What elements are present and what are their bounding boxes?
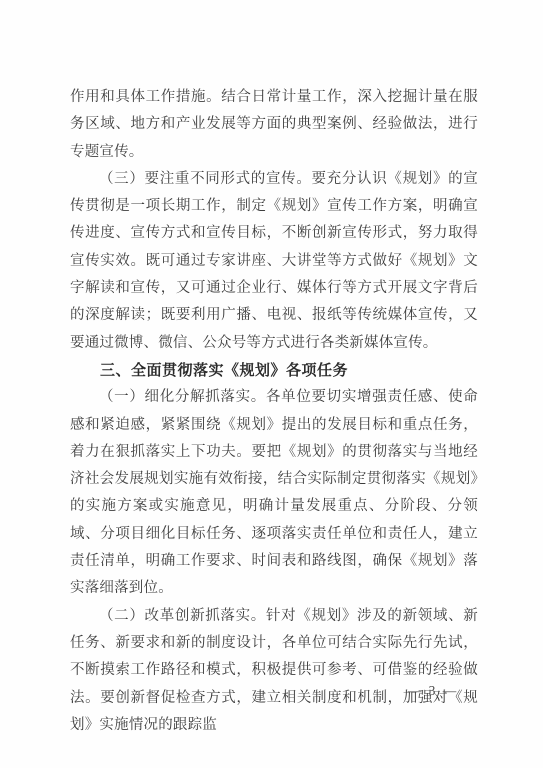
document-body: 作用和具体工作措施。结合日常计量工作，深入挖掘计量在服务区域、地方和产业发展等方… (70, 84, 478, 739)
document-page: 作用和具体工作措施。结合日常计量工作，深入挖掘计量在服务区域、地方和产业发展等方… (0, 0, 543, 768)
paragraph-continuation: 作用和具体工作措施。结合日常计量工作，深入挖掘计量在服务区域、地方和产业发展等方… (70, 84, 478, 166)
paragraph-item-two: （二）改革创新抓落实。针对《规划》涉及的新领域、新任务、新要求和新的制度设计，各… (70, 603, 478, 739)
paragraph-item-three: （三）要注重不同形式的宣传。要充分认识《规划》的宣传贯彻是一项长期工作，制定《规… (70, 166, 478, 357)
page-number: — 3 — (398, 683, 468, 699)
section-heading: 三、全面贯彻落实《规划》各项任务 (70, 357, 478, 384)
paragraph-item-one: （一）细化分解抓落实。各单位要切实增强责任感、使命感和紧迫感，紧紧围绕《规划》提… (70, 384, 478, 602)
